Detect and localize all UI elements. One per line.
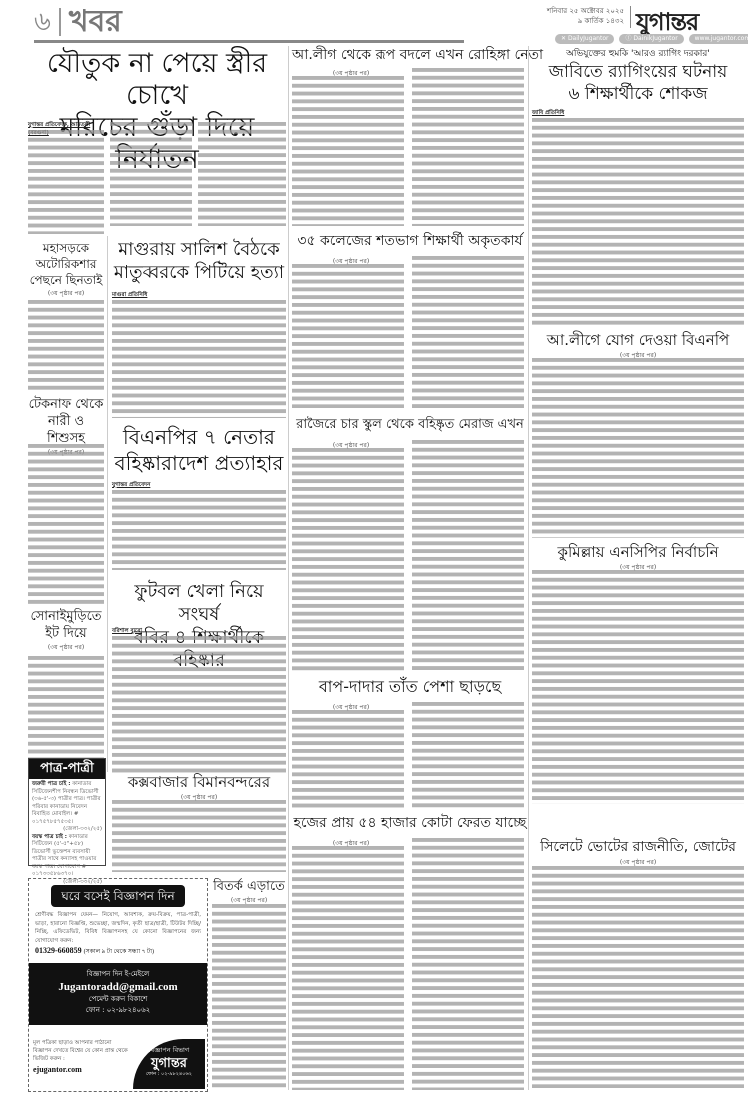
ad-email-block: বিজ্ঞাপন দিন ই-মেইলে Jugantoradd@gmail.c… [29,963,207,1025]
ad-website-link[interactable]: ejugantor.com [33,1066,129,1074]
sylhet-body [532,866,744,1088]
coxsbazar-body [112,800,286,872]
headline: মাতুব্বরকে পিটিয়ে হত্যা [112,261,286,284]
classified-title: পাত্র-পাত্রী [29,759,105,779]
kicker: অভিযুক্তের হুমকি 'আরও র‌্যাগিং দরকার' [532,48,744,61]
article-jabi: অভিযুক্তের হুমকি 'আরও র‌্যাগিং দরকার' জা… [532,48,744,105]
ad-phone-line: 01329-660859 (সকাল ৯ টা থেকে সন্ধ্যা ৭ ট… [29,945,207,958]
column-divider [107,236,108,772]
cumilla-body [532,570,744,804]
social-web[interactable]: www.jugantor.com [689,34,748,44]
headline: টেকনাফ থেকে নারী ও শিশুসহ [28,396,104,447]
rohingya-col-1 [292,76,404,226]
classified-list: জরুরী পাত্র চাই : কানাডার সিটিজেনশীপ নিব… [29,779,105,888]
headline: সিলেটে ভোটের রাজনীতি, জোটের [532,838,744,857]
section-title: খবর [61,7,122,37]
date-divider [630,6,631,28]
classified-box: পাত্র-পাত্রী জরুরী পাত্র চাই : কানাডার স… [28,758,106,866]
football-byline: বরিশাল ব্যুরো [112,628,142,636]
article-coxsbazar: কক্সবাজার বিমানবন্দরের (৩য় পৃষ্ঠার পর) [112,772,286,803]
dowry-col-1 [28,130,104,234]
headline: ফুটবল খেলা নিয়ে সংঘর্ষ [112,580,286,626]
article-college-35: ৩৫ কলেজের শতভাগ শিক্ষার্থী অকৃতকার্য [292,232,528,250]
meraj-col-1 [292,448,404,672]
bnp-body [112,490,286,570]
classified-item: জরুরী পাত্র চাই : কানাডার সিটিজেনশীপ নিব… [32,781,102,834]
masthead-logo-block: শনিবার ২৫ অক্টোবর ২০২৫ ৯ কার্তিক ১৪৩২ যু… [540,4,740,34]
headline: সোনাইমুড়িতে ইট দিয়ে [28,608,104,642]
headline: আ.লীগ থেকে রূপ বদলে এখন রোহিঙ্গা নেতা [292,46,528,64]
ad-footer-text: মূল পত্রিকা ছাড়াও আপনার পাঠানো বিজ্ঞাপন… [33,1039,129,1074]
article-taant: বাপ-দাদার তাঁত পেশা ছাড়ছে [292,676,528,698]
page-number: ৬ [34,8,61,36]
headline: রাজৈরে চার স্কুল থেকে বহিষ্কৃত মেরাজ এখন [292,416,528,433]
headline: কুমিল্লায় এনসিপির নির্বাচনি [532,542,744,562]
article-bnp-7: বিএনপির ৭ নেতার বহিষ্কারাদেশ প্রত্যাহার [112,424,286,476]
column-divider [528,46,529,1090]
advertisement-box: ঘরে বসেই বিজ্ঞাপন দিন শ্রেণীবদ্ধ বিজ্ঞাপ… [28,878,208,1092]
headline: বিএনপির ৭ নেতার [112,424,286,450]
dowry-col-2 [110,122,192,226]
magura-byline: মাগুরা প্রতিনিধি [112,292,147,300]
article-sonaimuri: সোনাইমুড়িতে ইট দিয়ে (৩য় পৃষ্ঠার পর) [28,608,104,653]
continued-label: (৩য় পৃষ্ঠার পর) [28,642,104,653]
date-block: শনিবার ২৫ অক্টোবর ২০২৫ ৯ কার্তিক ১৪৩২ [540,6,624,26]
jabi-byline: জাবি প্রতিনিধি [532,110,564,118]
headline: বহিষ্কারাদেশ প্রত্যাহার [112,450,286,476]
college-col-2 [412,256,524,408]
ad-dept-logo: যুগান্তর [133,1056,205,1071]
article-cumilla: কুমিল্লায় এনসিপির নির্বাচনি (৩য় পৃষ্ঠা… [532,542,744,573]
ad-body: শ্রেণীবদ্ধ বিজ্ঞাপন যেমন— নিয়োগ, আবশ্যক… [29,907,207,945]
social-x[interactable]: ✕ DailyJugantor [555,34,614,44]
headline: মহাসড়কে অটোরিকশার পেছনে ছিনতাই [28,240,104,288]
mohasorok-body [28,300,104,392]
headline: বিতর্ক এড়াতে [212,878,286,895]
headline: বাপ-দাদার তাঁত পেশা ছাড়ছে [292,676,528,698]
taant-col-2 [412,702,524,808]
football-body [112,636,286,776]
dowry-col-3 [198,122,286,226]
ad-dept-badge: বিজ্ঞাপন বিভাগ যুগান্তর ফোন : ০২-৯৮২৪০৬২ [133,1039,205,1089]
date-bengali: ৯ কার্তিক ১৪৩২ [540,16,624,26]
article-alig-bnp: আ.লীগে যোগ দেওয়া বিএনপি (৩য় পৃষ্ঠার পর… [532,330,744,361]
article-sylhet: সিলেটে ভোটের রাজনীতি, জোটের (৩য় পৃষ্ঠার… [532,838,744,868]
jabi-body [532,118,744,326]
social-links: ✕ DailyJugantor ⓕ DainikJugantor www.jug… [555,34,748,44]
meraj-col-2 [412,440,524,672]
hajj-col-2 [412,838,524,1090]
article-hajj: হজের প্রায় ৫৪ হাজার কোটা ফেরত যাচ্ছে [292,814,528,832]
article-rohingya: আ.লীগ থেকে রূপ বদলে এখন রোহিঙ্গা নেতা [292,46,528,64]
taant-col-1 [292,710,404,808]
headline: যৌতুক না পেয়ে স্ত্রীর চোখে [30,48,284,112]
ad-email[interactable]: Jugantoradd@gmail.com [29,980,207,994]
magura-body [112,300,286,418]
teknaf-body [28,444,104,604]
college-col-1 [292,264,404,408]
article-meraj: রাজৈরে চার স্কুল থেকে বহিষ্কৃত মেরাজ এখন [292,416,528,433]
bitorko-body [212,904,286,1088]
date-gregorian: শনিবার ২৫ অক্টোবর ২০২৫ [540,6,624,16]
alig-bnp-body [532,358,744,538]
x-icon: ✕ [561,35,568,42]
ad-title: ঘরে বসেই বিজ্ঞাপন দিন [51,885,185,907]
headline: জাবিতে র‌্যাগিংয়ের ঘটনায় [532,61,744,83]
headline: মাগুরায় সালিশ বৈঠকে [112,238,286,261]
article-bitorko: বিতর্ক এড়াতে (৩য় পৃষ্ঠার পর) [212,878,286,906]
masthead-rule [34,40,464,43]
ad-phone[interactable]: 01329-660859 [35,946,82,955]
headline: কক্সবাজার বিমানবন্দরের [112,772,286,792]
hajj-col-1 [292,846,404,1090]
article-magura: মাগুরায় সালিশ বৈঠকে মাতুব্বরকে পিটিয়ে … [112,238,286,284]
continued-label: (৩য় পৃষ্ঠার পর) [28,288,104,299]
headline: ৬ শিক্ষার্থীকে শোকজ [532,83,744,105]
column-divider [288,46,289,1090]
bnp-byline: যুগান্তর প্রতিবেদন [112,482,150,490]
rohingya-col-2 [412,68,524,226]
article-mohasorok: মহাসড়কে অটোরিকশার পেছনে ছিনতাই (৩য় পৃষ… [28,240,104,299]
headline: ৩৫ কলেজের শতভাগ শিক্ষার্থী অকৃতকার্য [292,232,528,250]
headline: হজের প্রায় ৫৪ হাজার কোটা ফেরত যাচ্ছে [292,814,528,832]
social-facebook[interactable]: ⓕ DainikJugantor [619,34,683,44]
headline: আ.লীগে যোগ দেওয়া বিএনপি [532,330,744,350]
masthead-section: ৬ খবর [34,4,122,40]
